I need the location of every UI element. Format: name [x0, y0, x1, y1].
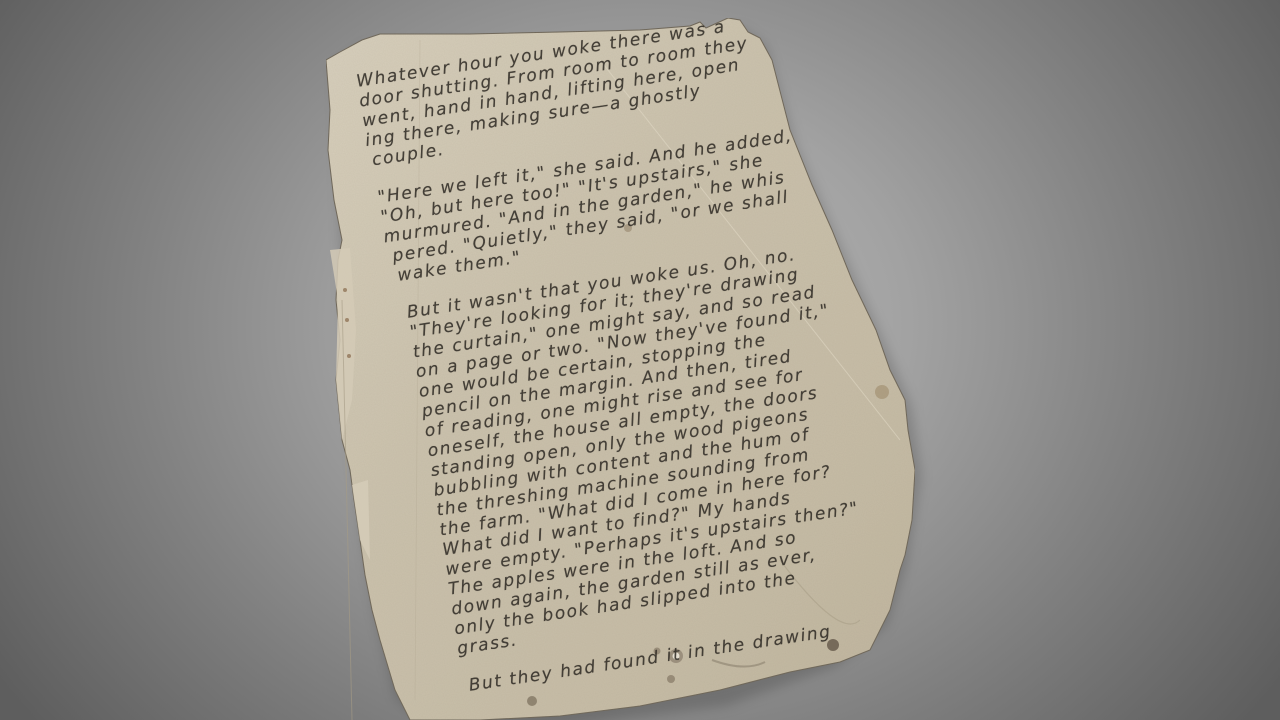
photo-scene: Whatever hour you woke there was a door …	[0, 0, 1280, 720]
paper-fragment: Whatever hour you woke there was a door …	[0, 0, 1280, 720]
